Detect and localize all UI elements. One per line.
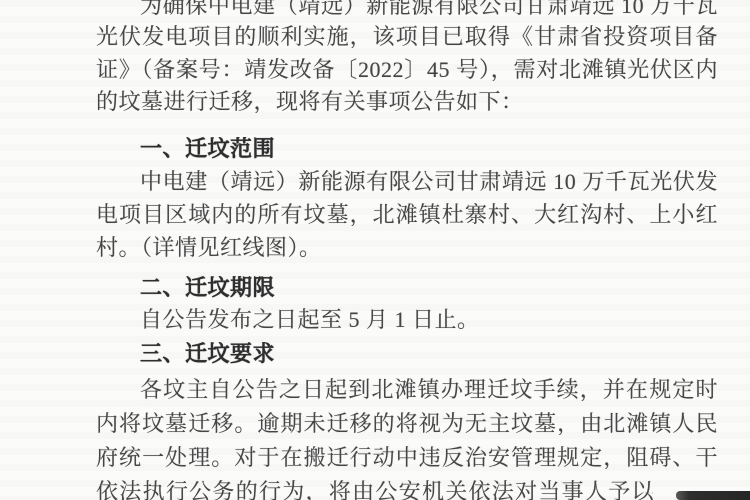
scanned-announcement-page: { "colors": { "paper": "#fbfbfa", "body_…	[0, 0, 750, 500]
paragraph-line: 府统一处理。对于在搬迁行动中违反治安管理规定，阻碍、干扰	[96, 446, 718, 469]
paragraph-line: 光伏发电项目的顺利实施，该项目已取得《甘肃省投资项目备案	[96, 25, 718, 48]
section-heading-1: 一、迁坟范围	[140, 137, 718, 160]
bottom-right-dark-bar	[676, 491, 750, 500]
paragraph-line: 自公告发布之日起至 5 月 1 日止。	[140, 308, 718, 331]
document-text-block: 为确保中电建（靖远）新能源有限公司甘肃靖远 10 万千瓦 光伏发电项目的顺利实施…	[96, 0, 718, 500]
scan-smudge-dots: ⋯	[644, 489, 655, 499]
paragraph-line: 各坟主自公告之日起到北滩镇办理迁坟手续，并在规定时间	[140, 378, 718, 401]
paragraph-line: 内将坟墓迁移。逾期未迁移的将视为无主坟墓，由北滩镇人民政	[96, 412, 718, 435]
section-heading-3: 三、迁坟要求	[140, 342, 718, 365]
paragraph-line: 电项目区域内的所有坟墓，北滩镇杜寨村、大红沟村、上小红沟	[96, 203, 718, 226]
paragraph-line: 中电建（靖远）新能源有限公司甘肃靖远 10 万千瓦光伏发	[140, 170, 718, 193]
paragraph-line: 的坟墓进行迁移，现将有关事项公告如下：	[96, 90, 718, 113]
paragraph-line: 证》（备案号：靖发改备〔2022〕45 号），需对北滩镇光伏区内	[96, 58, 718, 81]
paragraph-line: 村。（详情见红线图）。	[96, 236, 718, 259]
paragraph-line: 为确保中电建（靖远）新能源有限公司甘肃靖远 10 万千瓦	[140, 0, 718, 17]
section-heading-2: 二、迁坟期限	[140, 276, 718, 299]
paragraph-line: 依法执行公务的行为，将由公安机关依法对当事人予以处罚，构	[96, 480, 654, 500]
